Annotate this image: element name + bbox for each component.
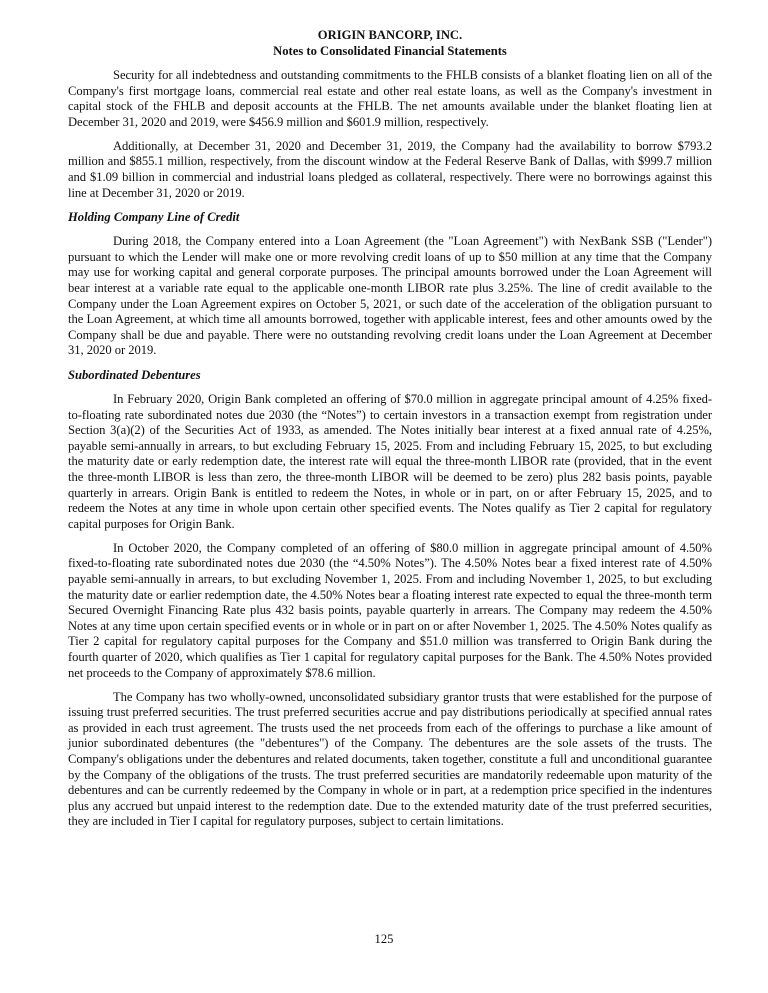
paragraph-discount-window: Additionally, at December 31, 2020 and D… — [68, 139, 712, 201]
heading-subordinated-debentures: Subordinated Debentures — [68, 368, 712, 384]
document-subtitle: Notes to Consolidated Financial Statemen… — [68, 44, 712, 60]
heading-holding-company-line-of-credit: Holding Company Line of Credit — [68, 210, 712, 226]
page-number: 125 — [0, 932, 768, 947]
document-page: ORIGIN BANCORP, INC. Notes to Consolidat… — [68, 28, 712, 839]
paragraph-425-notes: In February 2020, Origin Bank completed … — [68, 392, 712, 532]
company-name: ORIGIN BANCORP, INC. — [68, 28, 712, 44]
paragraph-450-notes: In October 2020, the Company completed o… — [68, 541, 712, 681]
paragraph-loan-agreement: During 2018, the Company entered into a … — [68, 234, 712, 359]
paragraph-fhlb-security: Security for all indebtedness and outsta… — [68, 68, 712, 130]
paragraph-trust-preferred: The Company has two wholly-owned, uncons… — [68, 690, 712, 830]
